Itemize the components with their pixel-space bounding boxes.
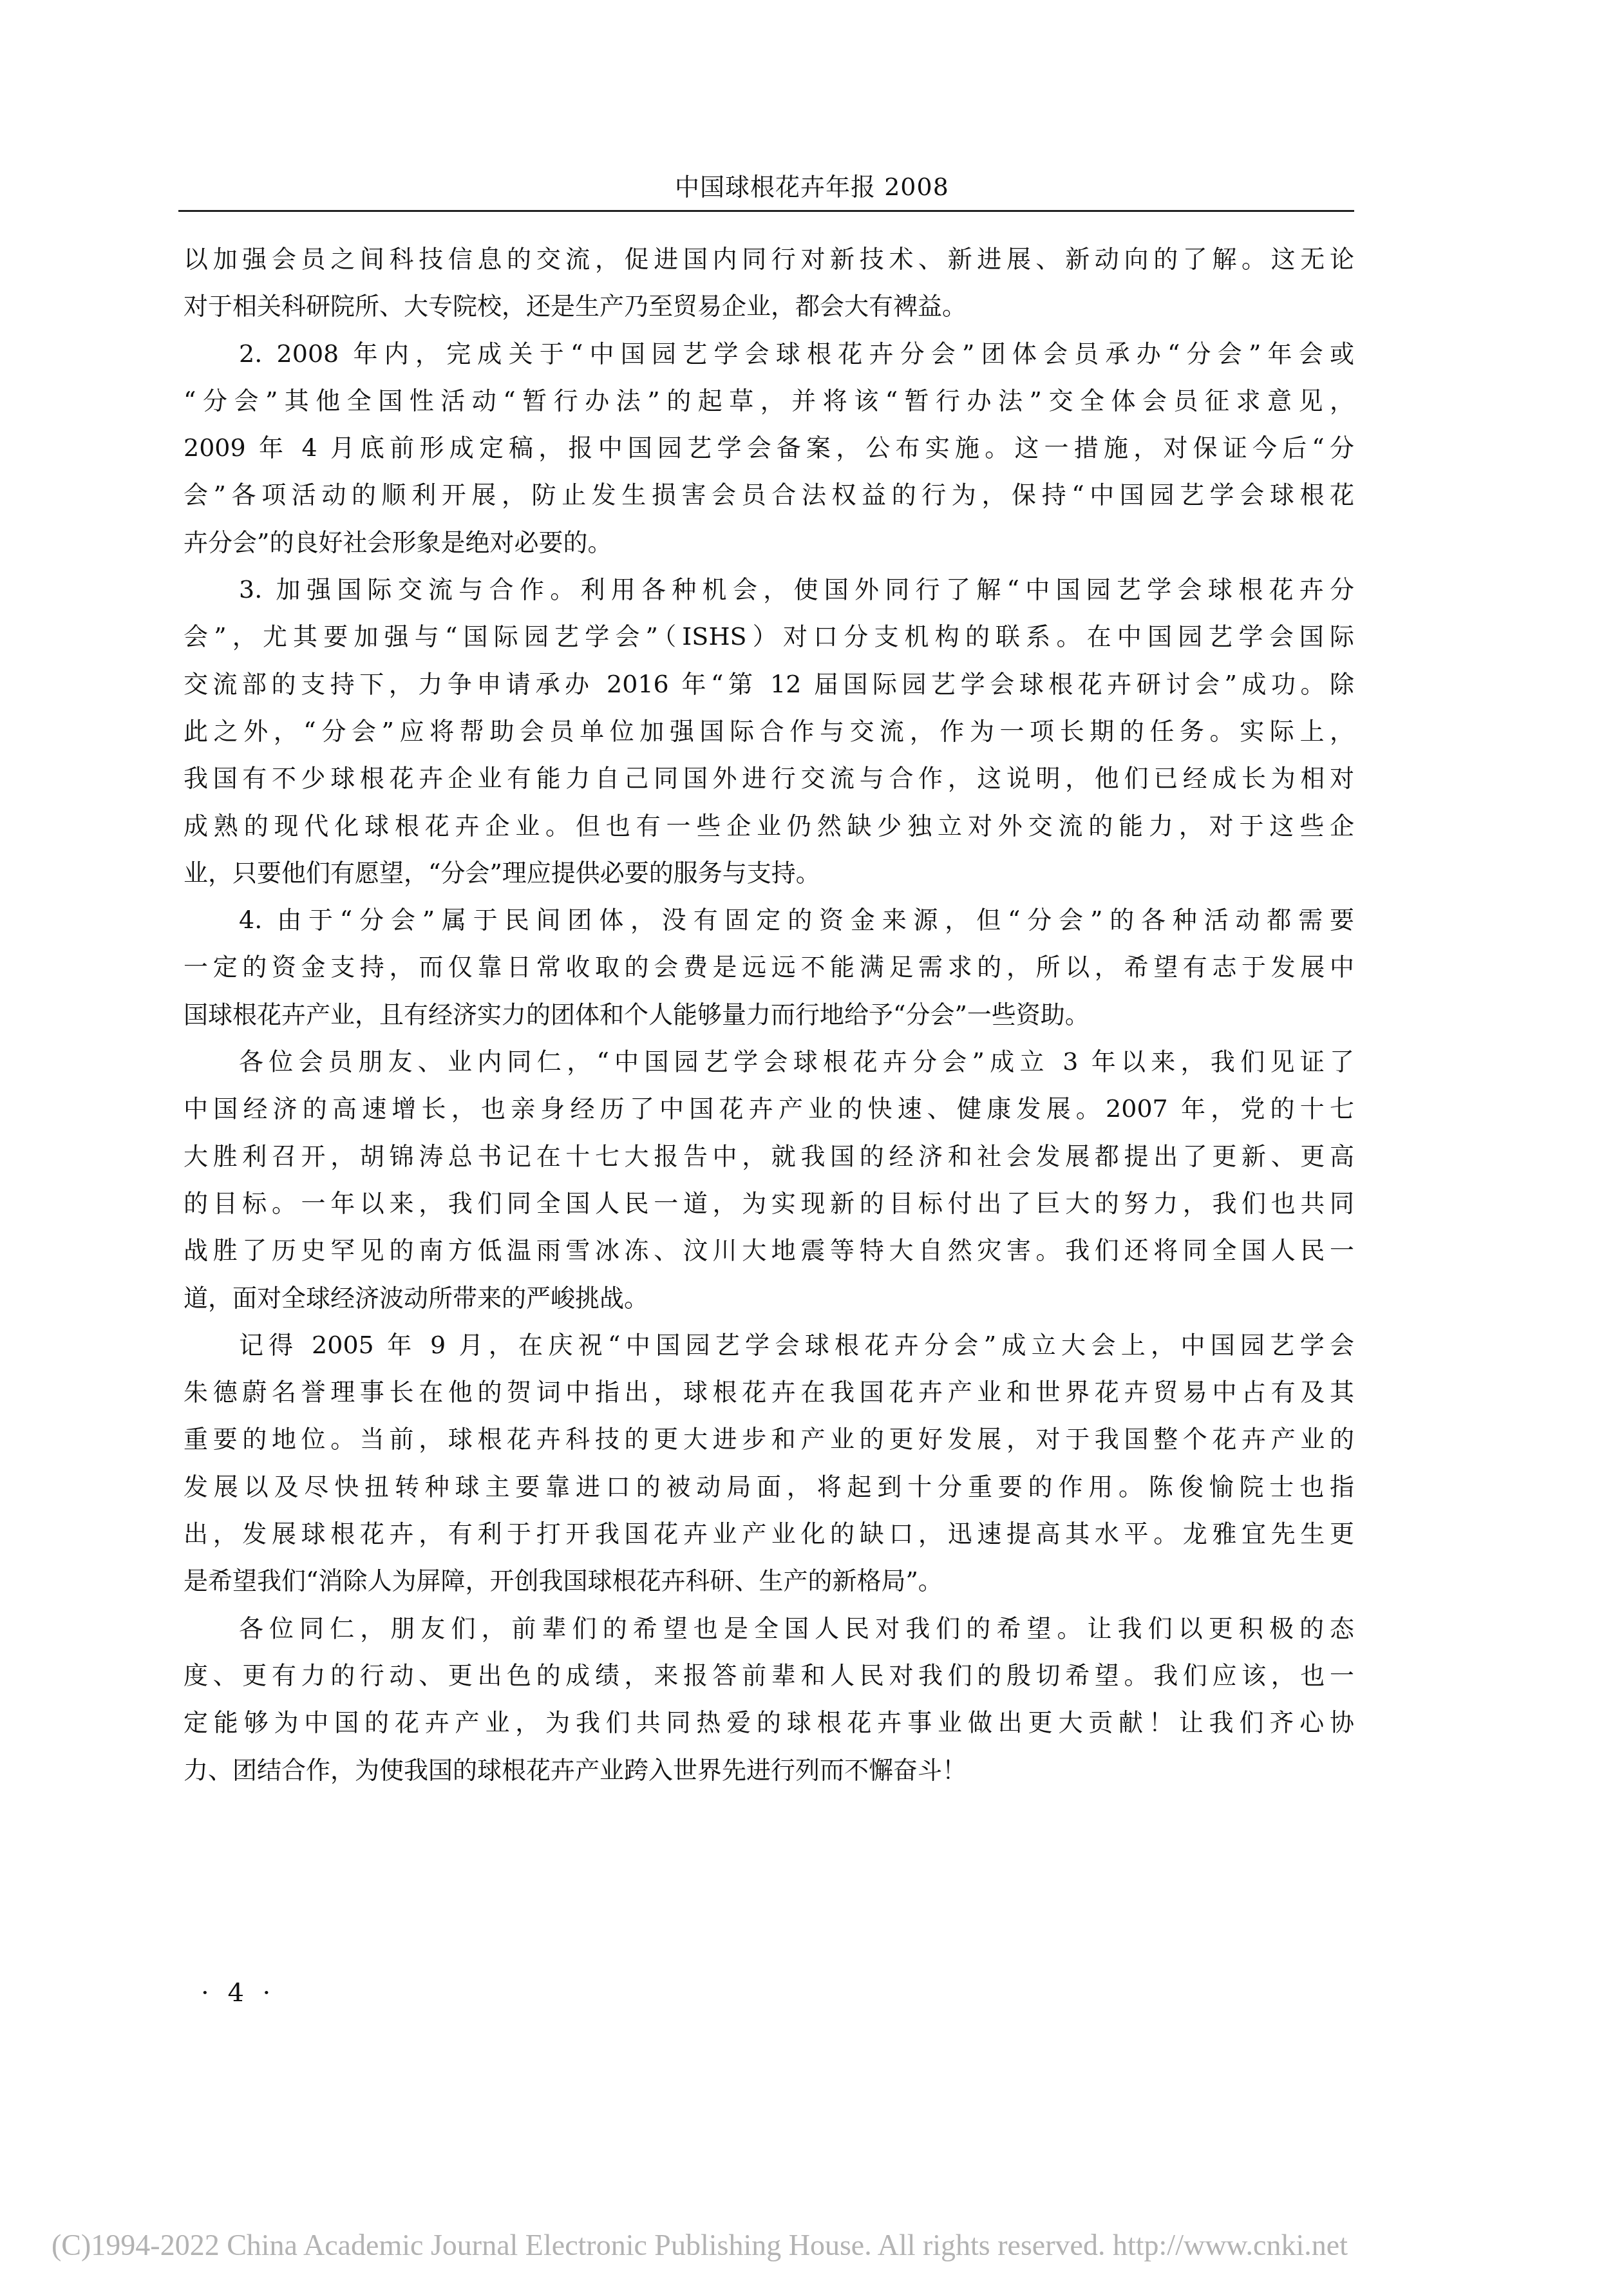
text-line: 2009 年 4 月底前形成定稿，报中国园艺学会备案，公布实施。这一措施，对保证…	[184, 424, 1354, 471]
text-line: 是希望我们“消除人为屏障，开创我国球根花卉科研、生产的新格局”。	[184, 1557, 1354, 1604]
text-line: 卉分会”的良好社会形象是绝对必要的。	[184, 519, 1354, 566]
text-line: 定能够为中国的花卉产业，为我们共同热爱的球根花卉事业做出更大贡献！让我们齐心协	[184, 1699, 1354, 1746]
running-header: 中国球根花卉年报 2008	[0, 169, 1624, 205]
text-line: 中国经济的高速增长，也亲身经历了中国花卉产业的快速、健康发展。2007 年，党的…	[184, 1085, 1354, 1132]
text-line: “分会”其他全国性活动“暂行办法”的起草，并将该“暂行办法”交全体会员征求意见，	[184, 377, 1354, 424]
text-line: 对于相关科研院所、大专院校，还是生产乃至贸易企业，都会大有裨益。	[184, 283, 1354, 330]
header-rule	[178, 210, 1354, 212]
text-line: 成熟的现代化球根花卉企业。但也有一些企业仍然缺少独立对外交流的能力，对于这些企	[184, 803, 1354, 850]
text-line: 发展以及尽快扭转种球主要靠进口的被动局面，将起到十分重要的作用。陈俊愉院士也指	[184, 1463, 1354, 1510]
text-line: 记得 2005 年 9 月，在庆祝“中国园艺学会球根花卉分会”成立大会上，中国园…	[184, 1322, 1354, 1369]
text-line: 道，面对全球经济波动所带来的严峻挑战。	[184, 1275, 1354, 1322]
text-line: 出，发展球根花卉，有利于打开我国花卉业产业化的缺口，迅速提高其水平。龙雅宜先生更	[184, 1510, 1354, 1557]
text-line: 3. 加强国际交流与合作。利用各种机会，使国外同行了解“中国园艺学会球根花卉分	[184, 566, 1354, 613]
text-line: 会”各项活动的顺利开展，防止发生损害会员合法权益的行为，保持“中国园艺学会球根花	[184, 471, 1354, 519]
text-line: 此之外，“分会”应将帮助会员单位加强国际合作与交流，作为一项长期的任务。实际上，	[184, 708, 1354, 755]
text-line: 战胜了历史罕见的南方低温雨雪冰冻、汶川大地震等特大自然灾害。我们还将同全国人民一	[184, 1227, 1354, 1274]
text-line: 交流部的支持下，力争申请承办 2016 年“第 12 届国际园艺学会球根花卉研讨…	[184, 661, 1354, 708]
text-line: 的目标。一年以来，我们同全国人民一道，为实现新的目标付出了巨大的努力，我们也共同	[184, 1180, 1354, 1227]
text-line: 度、更有力的行动、更出色的成绩，来报答前辈和人民对我们的殷切希望。我们应该，也一	[184, 1652, 1354, 1699]
page-number: · 4 ·	[201, 1975, 276, 2011]
text-line: 业，只要他们有愿望，“分会”理应提供必要的服务与支持。	[184, 850, 1354, 897]
copyright-notice: (C)1994-2022 China Academic Journal Elec…	[52, 2226, 1333, 2265]
text-line: 重要的地位。当前，球根花卉科技的更大进步和产业的更好发展，对于我国整个花卉产业的	[184, 1416, 1354, 1463]
text-line: 大胜利召开，胡锦涛总书记在十七大报告中，就我国的经济和社会发展都提出了更新、更高	[184, 1133, 1354, 1180]
text-line: 会”，尤其要加强与“国际园艺学会”（ISHS）对口分支机构的联系。在中国园艺学会…	[184, 613, 1354, 660]
text-line: 各位同仁，朋友们，前辈们的希望也是全国人民对我们的希望。让我们以更积极的态	[184, 1605, 1354, 1652]
text-line: 力、团结合作，为使我国的球根花卉产业跨入世界先进行列而不懈奋斗！	[184, 1747, 1354, 1794]
text-line: 一定的资金支持，而仅靠日常收取的会费是远远不能满足需求的，所以，希望有志于发展中	[184, 944, 1354, 991]
text-line: 我国有不少球根花卉企业有能力自己同国外进行交流与合作，这说明，他们已经成长为相对	[184, 755, 1354, 802]
text-line: 国球根花卉产业，且有经济实力的团体和个人能够量力而行地给予“分会”一些资助。	[184, 991, 1354, 1038]
text-line: 朱德蔚名誉理事长在他的贺词中指出，球根花卉在我国花卉产业和世界花卉贸易中占有及其	[184, 1369, 1354, 1416]
text-line: 4. 由于“分会”属于民间团体，没有固定的资金来源，但“分会”的各种活动都需要	[184, 897, 1354, 944]
text-line: 以加强会员之间科技信息的交流，促进国内同行对新技术、新进展、新动向的了解。这无论	[184, 236, 1354, 283]
text-line: 2. 2008 年内，完成关于“中国园艺学会球根花卉分会”团体会员承办“分会”年…	[184, 330, 1354, 377]
text-line: 各位会员朋友、业内同仁，“中国园艺学会球根花卉分会”成立 3 年以来，我们见证了	[184, 1038, 1354, 1085]
body-text: 以加强会员之间科技信息的交流，促进国内同行对新技术、新进展、新动向的了解。这无论…	[184, 236, 1354, 1794]
